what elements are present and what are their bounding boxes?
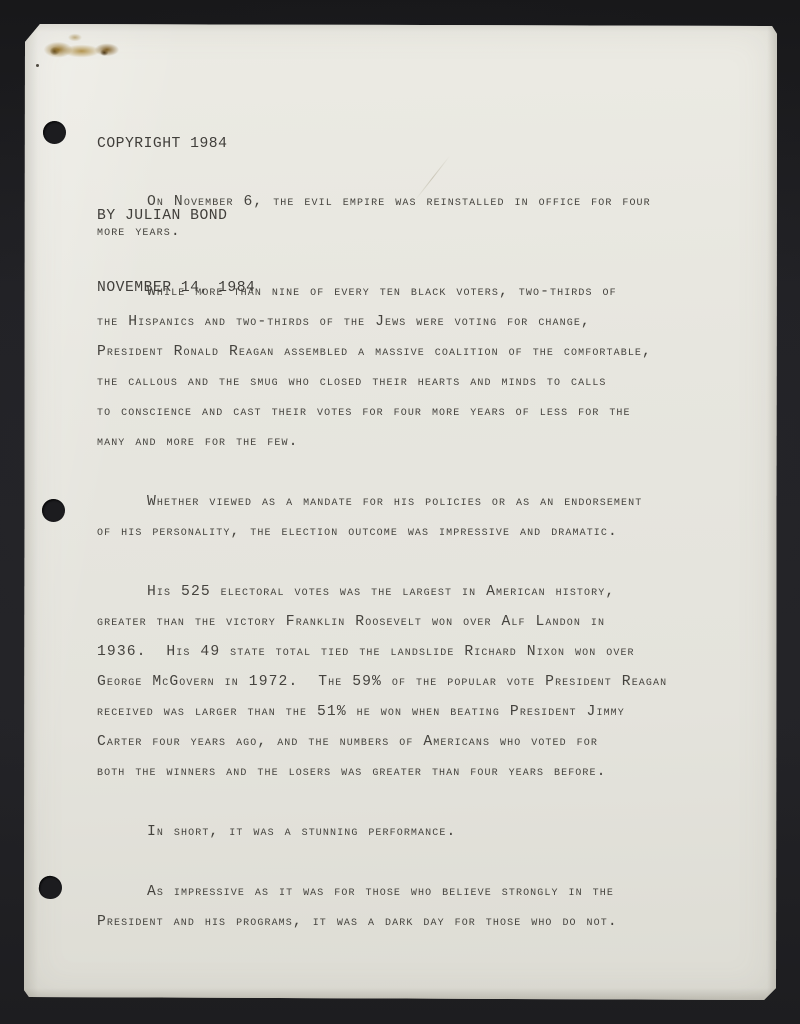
text-line: Whether viewed as a mandate for his poli… <box>97 487 769 517</box>
text-line: to conscience and cast their votes for f… <box>97 397 769 427</box>
copyright-line: COPYRIGHT 1984 <box>97 132 255 156</box>
paragraph-5: In short, it was a stunning performance. <box>97 817 769 847</box>
paragraph-4: His 525 electoral votes was the largest … <box>97 577 769 787</box>
text-line: the callous and the smug who closed thei… <box>97 367 769 397</box>
text-line: In short, it was a stunning performance. <box>97 817 769 847</box>
scanner-background-mat: COPYRIGHT 1984 BY JULIAN BOND NOVEMBER 1… <box>0 0 800 1024</box>
document-page: COPYRIGHT 1984 BY JULIAN BOND NOVEMBER 1… <box>24 22 777 1000</box>
punch-hole-top <box>43 121 66 144</box>
text-line: George McGovern in 1972. The 59% of the … <box>97 667 769 697</box>
text-line: President and his programs, it was a dar… <box>97 907 769 937</box>
paragraph-1: On November 6, the evil empire was reins… <box>97 187 769 247</box>
text-line: greater than the victory Franklin Roosev… <box>97 607 769 637</box>
text-line: While more than nine of every ten black … <box>97 277 769 307</box>
paragraph-2: While more than nine of every ten black … <box>97 277 769 457</box>
text-line: President Ronald Reagan assembled a mass… <box>97 337 769 367</box>
punch-hole-bottom <box>38 875 64 901</box>
text-line: On November 6, the evil empire was reins… <box>97 187 769 217</box>
text-line: His 525 electoral votes was the largest … <box>97 577 769 607</box>
text-line: both the winners and the losers was grea… <box>97 757 769 787</box>
text-line: many and more for the few. <box>97 427 769 457</box>
ink-speck <box>36 64 39 67</box>
text-line: more years. <box>97 217 769 247</box>
paragraph-6: As impressive as it was for those who be… <box>97 877 769 937</box>
text-line: Carter four years ago, and the numbers o… <box>97 727 769 757</box>
paragraph-3: Whether viewed as a mandate for his poli… <box>97 487 769 547</box>
text-line: the Hispanics and two-thirds of the Jews… <box>97 307 769 337</box>
document-body: On November 6, the evil empire was reins… <box>97 187 769 967</box>
text-line: As impressive as it was for those who be… <box>97 877 769 907</box>
staple-rust-stain <box>38 30 122 64</box>
text-line: 1936. His 49 state total tied the landsl… <box>97 637 769 667</box>
punch-hole-middle <box>42 499 65 522</box>
text-line: received was larger than the 51% he won … <box>97 697 769 727</box>
text-line: of his personality, the election outcome… <box>97 517 769 547</box>
